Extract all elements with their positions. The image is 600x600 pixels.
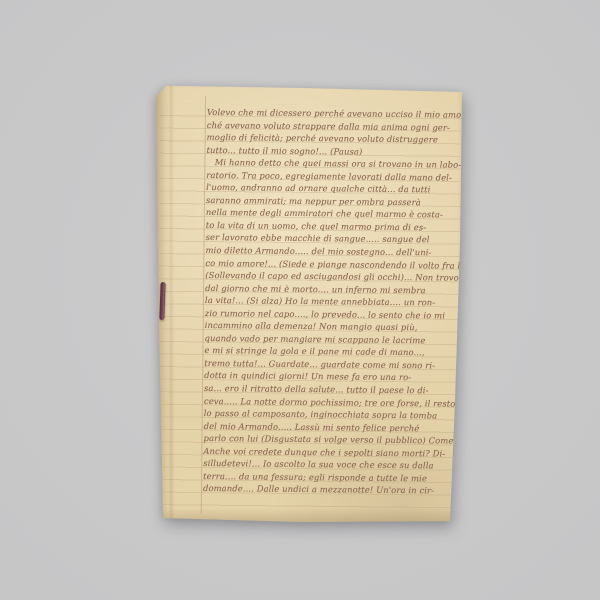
page-paper: Volevo che mi dicessero perché avevano u… [152, 80, 468, 526]
photo-background: Volevo che mi dicessero perché avevano u… [0, 0, 600, 600]
ink-layer: Volevo che mi dicessero perché avevano u… [148, 79, 469, 528]
handwritten-text: Volevo che mi dicessero perché avevano u… [203, 106, 465, 498]
manuscript-line: domande.... Dalle undici a mezzanotte! U… [203, 482, 461, 497]
manuscript-page: Volevo che mi dicessero perché avevano u… [152, 80, 468, 526]
